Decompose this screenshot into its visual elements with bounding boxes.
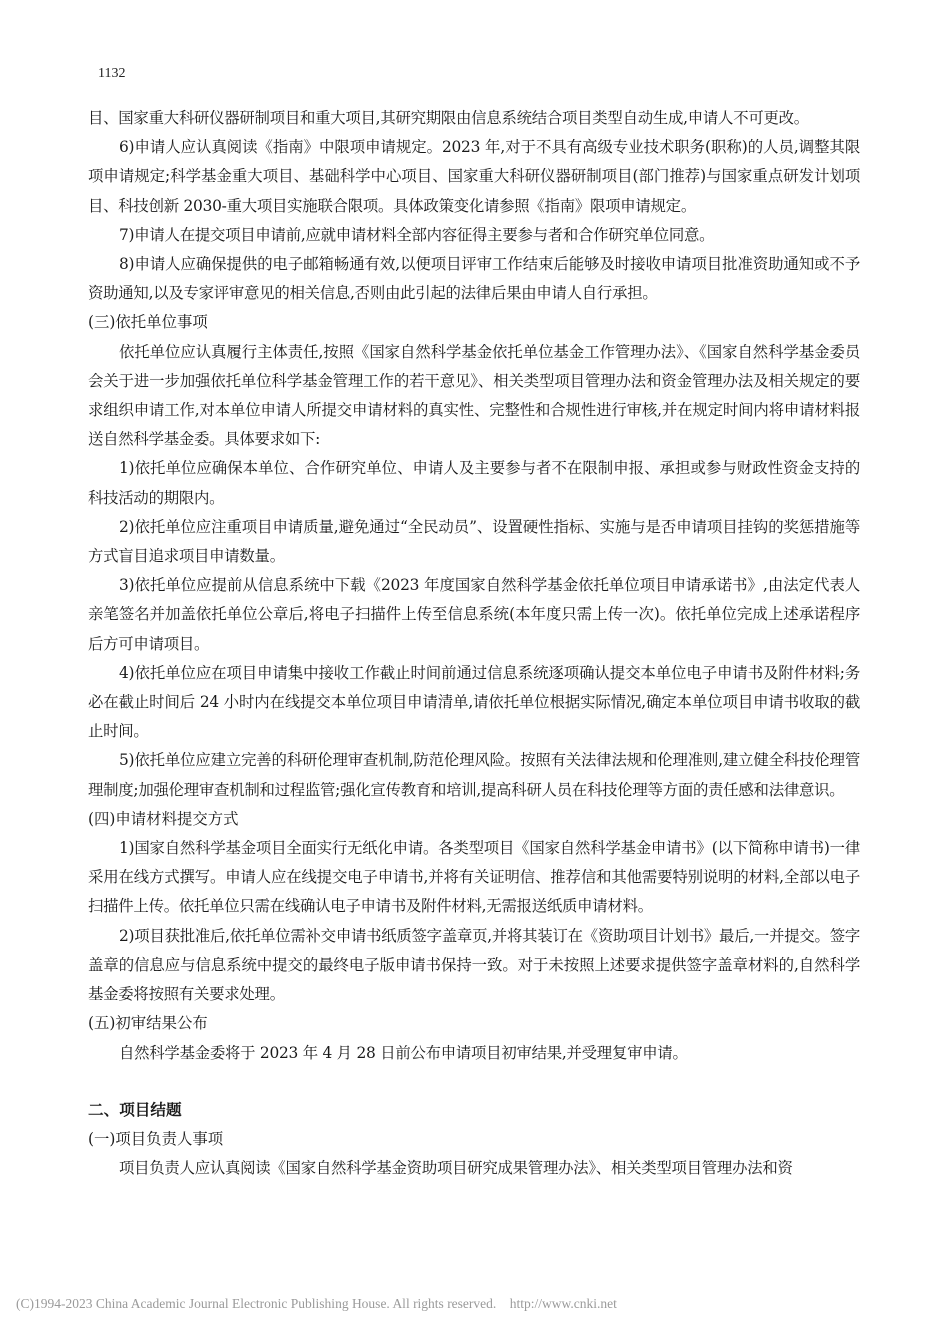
part-2-section-1-paragraph: 项目负责人应认真阅读《国家自然科学基金资助项目研究成果管理办法》、相关类型项目管… [88, 1154, 860, 1183]
section-3-item-3: 3)依托单位应提前从信息系统中下载《2023 年度国家自然科学基金依托单位项目申… [88, 571, 860, 659]
paragraph-item-8: 8)申请人应确保提供的电子邮箱畅通有效,以便项目评审工作结束后能够及时接收申请项… [88, 250, 860, 308]
section-3-item-5: 5)依托单位应建立完善的科研伦理审查机制,防范伦理风险。按照有关法律法规和伦理准… [88, 746, 860, 804]
copyright-text: (C)1994-2023 China Academic Journal Elec… [16, 1296, 496, 1311]
section-3-intro: 依托单位应认真履行主体责任,按照《国家自然科学基金依托单位基金工作管理办法》、《… [88, 338, 860, 455]
paragraph-continuation: 目、国家重大科研仪器研制项目和重大项目,其研究期限由信息系统结合项目类型自动生成… [88, 104, 860, 133]
page-number: 1132 [98, 66, 125, 82]
section-4-item-1: 1)国家自然科学基金项目全面实行无纸化申请。各类型项目《国家自然科学基金申请书》… [88, 834, 860, 922]
part-2-section-title-1: (一)项目负责人事项 [88, 1125, 860, 1154]
part-2-heading: 二、项目结题 [88, 1096, 860, 1125]
section-3-item-4: 4)依托单位应在项目申请集中接收工作截止时间前通过信息系统逐项确认提交本单位电子… [88, 659, 860, 747]
footer-url: http://www.cnki.net [510, 1296, 617, 1311]
section-title-5: (五)初审结果公布 [88, 1009, 860, 1038]
section-title-3: (三)依托单位事项 [88, 308, 860, 337]
document-body: 目、国家重大科研仪器研制项目和重大项目,其研究期限由信息系统结合项目类型自动生成… [88, 104, 860, 1183]
copyright-footer: (C)1994-2023 China Academic Journal Elec… [16, 1296, 617, 1312]
section-5-paragraph: 自然科学基金委将于 2023 年 4 月 28 日前公布申请项目初审结果,并受理… [88, 1039, 860, 1068]
paragraph-item-6: 6)申请人应认真阅读《指南》中限项申请规定。2023 年,对于不具有高级专业技术… [88, 133, 860, 221]
section-3-item-2: 2)依托单位应注重项目申请质量,避免通过“全民动员”、设置硬性指标、实施与是否申… [88, 513, 860, 571]
paragraph-item-7: 7)申请人在提交项目申请前,应就申请材料全部内容征得主要参与者和合作研究单位同意… [88, 221, 860, 250]
section-4-item-2: 2)项目获批准后,依托单位需补交申请书纸质签字盖章页,并将其装订在《资助项目计划… [88, 922, 860, 1010]
section-title-4: (四)申请材料提交方式 [88, 805, 860, 834]
section-3-item-1: 1)依托单位应确保本单位、合作研究单位、申请人及主要参与者不在限制申报、承担或参… [88, 454, 860, 512]
